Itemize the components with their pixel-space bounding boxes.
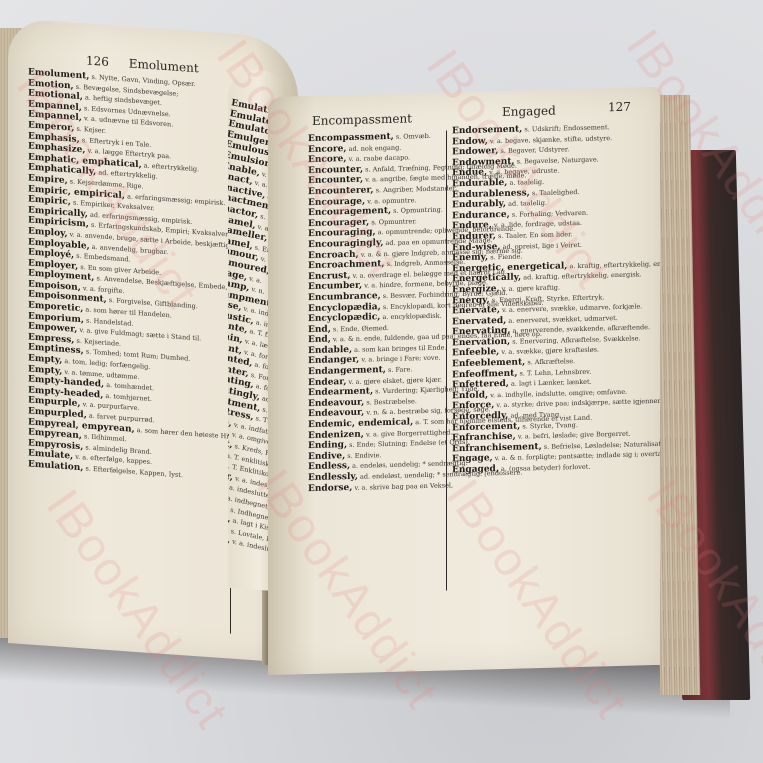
column-rule — [446, 130, 447, 590]
headword: Endurable, — [452, 178, 507, 189]
definition: s. Fare. — [386, 365, 413, 374]
headword: Endure, — [452, 221, 492, 232]
headword: Endue, — [452, 168, 487, 179]
definition: a. (ogsaa betyder) forlovet. — [499, 463, 590, 473]
page-number: 127 — [608, 100, 631, 115]
headword: Encroach, — [308, 249, 359, 260]
headword: Endower, — [452, 146, 498, 157]
definition: v. a. raabe dacapo. — [347, 154, 411, 164]
definition: v. a. skrive bag paa en Veksel, — [352, 481, 453, 492]
headword: Enforcedly, — [452, 411, 508, 422]
headword: Endlessly, — [308, 472, 358, 483]
left-column-1: Emolument, s. Nytte, Gavn, Vinding, Opsæ… — [28, 67, 238, 484]
headword: Endive, — [308, 451, 345, 462]
headword: Endear, — [308, 377, 346, 388]
definition: s. Fiende. — [488, 253, 522, 262]
headword: Enervate, — [452, 305, 500, 316]
definition: s. Kejser. — [74, 125, 106, 135]
definition: s. Taaler, En som lider. — [496, 230, 573, 240]
headword: Enfold, — [452, 390, 488, 401]
definition: s. Ende, Øiemed. — [331, 324, 389, 334]
right-page: Encompassment Engaged 127 Encompassment,… — [268, 87, 660, 675]
headword: End, — [308, 324, 331, 335]
headword: Energize, — [452, 284, 500, 295]
definition: s. Styrke, Tvang. — [520, 421, 578, 431]
headword: Encyclopædic, — [308, 312, 380, 324]
headword: Encore, — [308, 154, 347, 165]
page-number: 126 — [86, 53, 109, 69]
definition: v. a. give Borgerrettighed. — [364, 428, 453, 438]
right-column-2: Endorsement, s. Udskrift; Endossement.En… — [452, 122, 632, 476]
definition: v. a. svække, gjøre kraftesløs. — [499, 346, 599, 357]
headword: Enfeeble, — [452, 348, 499, 359]
definition: v. a. enervere, svække, udmarve, forkjæl… — [500, 302, 642, 314]
definition: s. T. Lehn, Lehnsbrev. — [517, 367, 591, 377]
definition: v. a. gjøre kraftig. — [500, 283, 560, 293]
definition: ad. opreist, lige i Veiret. — [501, 240, 582, 250]
definition: s. Forhaling; Vedvaren. — [510, 209, 588, 219]
definition: s. Bestræbelse. — [364, 397, 417, 406]
definition: s. Omvæb. — [394, 132, 431, 141]
headword: Enervated, — [452, 316, 506, 327]
definition: v. a. lide, fordrage, udstaa. — [492, 219, 582, 229]
headword: Enemy, — [452, 252, 488, 263]
definition: a. som kan bringes til Ende. — [352, 343, 446, 353]
running-head-right: Engaged — [502, 104, 556, 119]
definition: ad. med Tvang. — [508, 410, 561, 419]
definition: s. Udskrift; Endossement. — [522, 123, 609, 133]
definition: s. Taalelighed. — [530, 188, 580, 197]
headword: Engage, — [452, 454, 493, 465]
definition: s. Endivie. — [345, 451, 381, 460]
headword: Endable, — [308, 345, 352, 356]
definition: a. kraftig, eftertrykkelig, energisk. — [567, 259, 660, 270]
headword: Endorsement, — [452, 124, 522, 136]
headword: Enforce, — [452, 401, 494, 412]
headword: Enervation, — [452, 337, 510, 349]
headword: Enervating, — [452, 326, 510, 338]
definition: s. Afkræftelse. — [525, 357, 575, 366]
headword: Encouragingly, — [308, 238, 383, 250]
definition: s. Opmuntring. — [391, 206, 443, 215]
headword: Encore, — [308, 144, 347, 155]
headword: Endurer, — [452, 231, 496, 242]
headword: Endorse, — [308, 483, 352, 494]
definition: v. a. bringe i Fare; vove. — [359, 354, 440, 364]
headword: Endless, — [308, 461, 350, 472]
headword: Engaged, — [452, 464, 499, 475]
definition: ad. kraftig, eftertrykkelig, energisk. — [521, 271, 642, 282]
headword: Endenizen, — [308, 429, 364, 440]
definition: ad. nok engang. — [347, 143, 402, 152]
headword: End-wise, — [452, 242, 501, 253]
definition: s. Angriber, Modstander. — [374, 184, 458, 194]
definition: s. Begavelse, Naturgave. — [515, 155, 599, 165]
headword: End, — [308, 335, 331, 346]
headword: Endow, — [452, 136, 488, 147]
headword: Endeavour, — [308, 408, 364, 419]
headword: Endurance, — [452, 210, 510, 222]
headword: Enfettered, — [452, 379, 509, 390]
headword: Encounter, — [308, 164, 363, 175]
headword: Encounter, — [308, 175, 363, 186]
headword: Encumber, — [308, 281, 362, 292]
headword: Endurably, — [452, 199, 506, 210]
headword: Encrust, — [308, 271, 351, 282]
definition: ad. taalelig. — [506, 199, 547, 208]
definition: a. taalelig. — [507, 178, 544, 187]
definition: v. a. begave, udruste. — [487, 167, 559, 177]
definition: v. a. begave, skjænke, stifte, udstyre. — [488, 134, 612, 145]
running-head-left: Encompassment — [312, 111, 412, 128]
definition: s. Opmuntrer. — [369, 217, 417, 226]
running-head: Emolument — [129, 56, 199, 75]
definition: v. a. gjøre elsket, gjøre kjær. — [346, 375, 442, 386]
definition: s. Befrielse, Løsladelse; Naturalisation… — [542, 439, 660, 450]
definition: a. lagt i Lænker, lænket. — [509, 378, 592, 388]
headword: Endeavour, — [308, 397, 364, 408]
definition: v. a. opmuntre. — [365, 196, 416, 205]
headword: Ending, — [308, 440, 347, 451]
definition: a. encyklopædisk. — [380, 312, 441, 322]
definition: s. Begaver, Udstyrer. — [498, 145, 569, 155]
headword: Encourage, — [308, 196, 365, 207]
headword: Endanger, — [308, 355, 359, 366]
headword: Energy, — [452, 295, 490, 306]
right-column-1: Encompassment, s. Omvæb.Encore, ad. nok … — [308, 130, 476, 495]
